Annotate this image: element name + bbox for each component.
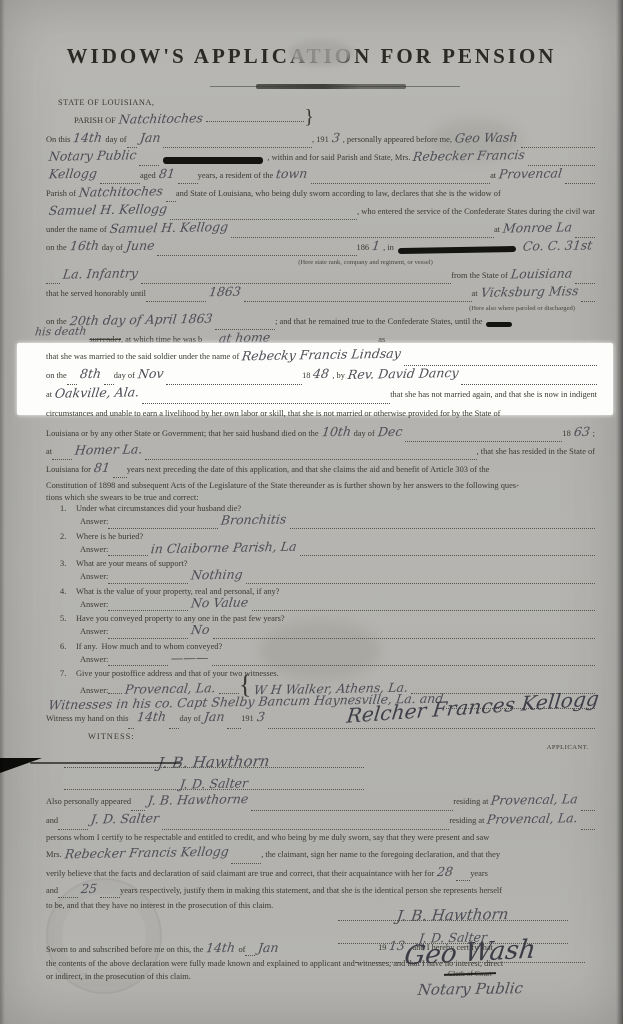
- answer-line: Answer: in Claiborne Parish, La: [46, 543, 595, 560]
- dotted-leader: [227, 726, 241, 729]
- witness-signature: J. B. Hawthorn: [394, 909, 513, 921]
- handwritten-entry: 1863: [205, 287, 244, 298]
- witness-signature-line: J. B. Hawthorn: [338, 898, 568, 921]
- dotted-leader: [244, 299, 472, 302]
- handwritten-entry: his death: [31, 327, 90, 338]
- dotted-leader: [142, 401, 390, 404]
- document-page: WIDOW'S APPLICATION FOR PENSION STATE OF…: [0, 0, 623, 1024]
- handwritten-entry: Dec: [374, 427, 406, 438]
- paper-blotch: [260, 620, 380, 680]
- printed-text: , the claimant, sign her name to the for…: [261, 850, 500, 859]
- printed-text: on the: [46, 243, 67, 252]
- handwritten-entry: Provencal, La.: [484, 813, 582, 825]
- handwritten-entry: 10th: [318, 427, 354, 438]
- printed-text: and: [46, 816, 58, 825]
- dotted-leader: [157, 253, 356, 256]
- handwritten-entry: Samuel H. Kellogg: [45, 204, 171, 216]
- body-section: circumstances and unable to earn a livel…: [46, 409, 595, 505]
- dotted-leader: [290, 526, 595, 529]
- witness-signature: J. D. Salter: [176, 778, 251, 789]
- notary-signature: Geo Wash: [401, 944, 539, 961]
- dotted-leader: [456, 878, 470, 881]
- witness-signature-line: J. D. Salter: [64, 768, 364, 790]
- witness-label: WITNESS:: [46, 732, 595, 746]
- printed-text: and State of Louisiana, who being duly s…: [176, 189, 501, 198]
- printed-text: and: [46, 886, 58, 895]
- handwritten-entry: 14th: [134, 712, 170, 723]
- dotted-leader: [108, 581, 188, 584]
- answer-label: Answer:: [80, 686, 108, 695]
- printed-text: day of: [114, 371, 135, 380]
- ink-smudge: [288, 40, 354, 66]
- dotted-leader: [113, 475, 127, 478]
- dotted-leader: [219, 691, 239, 694]
- brace-glyph: {: [239, 680, 251, 690]
- handwritten-entry: J. B. Hawthorne: [144, 794, 252, 806]
- printed-text: Louisiana for: [46, 465, 91, 474]
- attestation-section: Witness my hand on this 14th day of Jan …: [46, 712, 595, 790]
- printed-text: , who entered the service of the Confede…: [357, 207, 595, 216]
- answer-label: Answer:: [80, 600, 108, 609]
- answer-label: Answer:: [80, 545, 108, 554]
- handwritten-entry: Vicksburg Miss: [477, 286, 582, 298]
- handwritten-entry: Provencal, La: [488, 794, 582, 806]
- printed-text: years next preceding the date of this ap…: [127, 465, 490, 474]
- brace-glyph: }: [304, 112, 314, 122]
- dotted-leader: [108, 608, 188, 611]
- printed-text: Witness my hand on this: [46, 714, 128, 723]
- question-text: Under what circumstances did your husban…: [76, 504, 241, 513]
- handwritten-entry: Jan: [136, 133, 164, 143]
- answer-label: Answer:: [80, 572, 108, 581]
- dotted-leader: [178, 181, 198, 184]
- dotted-leader: [206, 119, 305, 122]
- printed-text: Mrs.: [46, 850, 62, 859]
- printed-text: verily believe that the facts and declar…: [46, 869, 434, 878]
- question-text: What are your means of support?: [76, 559, 187, 568]
- form-caption: (Here also where paroled or discharged): [469, 305, 575, 312]
- dotted-leader: [252, 608, 595, 611]
- handwritten-answer: Bronchitis: [218, 514, 291, 525]
- form-line: verily believe that the facts and declar…: [46, 867, 595, 884]
- printed-text: Louisiana or by any other State or Gover…: [46, 429, 319, 438]
- handwritten-entry: 16th: [66, 241, 102, 252]
- question-line: 4. What is the value of your property, r…: [46, 587, 595, 598]
- printed-text: that she has not married again, and that…: [390, 390, 597, 399]
- tear-mark: [0, 758, 42, 773]
- printed-text: , within and for said Parish and State, …: [267, 153, 410, 162]
- notary-title: Notary Public: [414, 983, 526, 995]
- handwritten-answer: in Claiborne Parish, La: [148, 541, 301, 554]
- handwritten-entry: 63: [570, 427, 593, 437]
- printed-text: residing at: [453, 797, 488, 806]
- form-line: Louisiana for 81 years next preceding th…: [46, 463, 595, 481]
- dotted-leader: [139, 163, 159, 166]
- printed-text: on the: [46, 371, 67, 380]
- printed-text: Parish of: [46, 189, 76, 198]
- handwritten-entry: Kellogg: [45, 169, 100, 180]
- form-line: on the 20th day of April 1863 ; and that…: [46, 315, 595, 333]
- printed-text: aged: [140, 171, 156, 180]
- dotted-leader: [231, 861, 261, 864]
- printed-text: years, a resident of the: [198, 171, 274, 180]
- printed-text: tions which she swears to be true and co…: [46, 493, 199, 502]
- question-number: 3.: [60, 559, 76, 568]
- printed-text: from the State of: [451, 271, 508, 280]
- handwritten-entry: 48: [310, 369, 333, 379]
- form-caption: (Here state rank, company and regiment, …: [298, 259, 433, 266]
- question-line: 3. What are your means of support?: [46, 559, 595, 570]
- printed-text: 191: [241, 714, 254, 723]
- printed-text: day of: [179, 714, 200, 723]
- handwritten-answer: Provencal, La.: [122, 683, 220, 695]
- printed-text: Also personally appeared: [46, 797, 131, 806]
- paper-blotch: [430, 120, 520, 160]
- printed-text: , in: [383, 243, 394, 252]
- answer-line: Answer: Bronchitis: [46, 515, 595, 532]
- dotted-leader: [162, 827, 449, 830]
- form-line: circumstances and unable to earn a livel…: [46, 409, 595, 427]
- printed-text: ; and that he remained true to the Confe…: [275, 317, 482, 326]
- ink-flourish: [256, 84, 406, 89]
- handwritten-entry: Jan: [255, 943, 283, 953]
- question-number: 7.: [60, 669, 76, 678]
- printed-text: of: [238, 945, 245, 954]
- dotted-leader: [231, 235, 494, 238]
- dotted-leader: [108, 636, 188, 639]
- dotted-leader: [521, 145, 595, 148]
- handwritten-entry: Co. C. 31st: [519, 240, 596, 251]
- embossed-seal: [46, 878, 162, 994]
- handwritten-answer: No: [188, 625, 214, 635]
- dotted-leader: [581, 808, 595, 811]
- printed-text: that she was married to the said soldier…: [46, 352, 239, 361]
- handwritten-entry: 1: [368, 241, 383, 251]
- dotted-leader: [146, 299, 206, 302]
- printed-text: years: [470, 869, 488, 878]
- handwritten-entry: Natchitoches: [75, 186, 166, 198]
- printed-text: On this: [46, 135, 70, 144]
- dotted-leader: [581, 827, 595, 830]
- form-line: on the 16th day of June 186 1 , in Co. C…: [46, 241, 595, 259]
- dotted-leader: [245, 953, 255, 956]
- dotted-leader: [46, 281, 60, 284]
- printed-text: day of: [102, 243, 123, 252]
- form-line: Witness my hand on this 14th day of Jan …: [46, 712, 595, 732]
- handwritten-answer: Nothing: [188, 569, 247, 580]
- state-heading: STATE OF LOUISIANA,: [58, 98, 155, 107]
- dotted-leader: [169, 726, 179, 729]
- dotted-leader: [246, 581, 595, 584]
- blackout-mark: [398, 246, 516, 254]
- dotted-leader: [461, 382, 597, 385]
- dotted-leader: [581, 299, 595, 302]
- handwritten-entry: 3: [253, 712, 268, 722]
- parish-entry: Natchitoches: [115, 113, 206, 125]
- handwritten-entry: Homer La.: [71, 444, 146, 455]
- questions-section: 1. Under what circumstances did your hus…: [46, 504, 595, 712]
- answer-label: Answer:: [80, 627, 108, 636]
- handwritten-entry: town: [273, 169, 312, 180]
- printed-text: , 191: [312, 135, 329, 144]
- intro-section: On this 14th day of Jan , 191 3 , person…: [46, 133, 595, 351]
- dotted-leader: [166, 382, 302, 385]
- question-number: 1.: [60, 504, 76, 513]
- printed-text: under the name of: [46, 225, 107, 234]
- handwritten-entry: 3: [328, 133, 343, 143]
- handwritten-entry: 14th: [203, 943, 239, 954]
- printed-text: persons whom I certify to be respectable…: [46, 833, 489, 842]
- tear-mark: [30, 762, 180, 764]
- handwritten-entry: Oakville, Ala.: [51, 387, 143, 399]
- dotted-leader: [405, 439, 562, 442]
- handwritten-entry: Rebecky Francis Lindsay: [238, 349, 404, 362]
- question-text: Where is he buried?: [76, 532, 143, 541]
- printed-text: at: [46, 447, 52, 456]
- question-text: Have you conveyed property to any one in…: [76, 614, 285, 623]
- dotted-leader: [268, 726, 595, 729]
- form-line: and J. D. Salter residing at Provencal, …: [46, 814, 595, 833]
- handwritten-entry: Monroe La: [499, 222, 575, 233]
- dotted-leader: [128, 726, 134, 729]
- question-number: 5.: [60, 614, 76, 623]
- handwritten-entry: La. Infantry: [59, 268, 141, 279]
- handwritten-entry: Samuel H. Kellogg: [106, 222, 232, 234]
- printed-text: day of: [105, 135, 126, 144]
- handwritten-entry: 81: [155, 169, 178, 179]
- printed-text: Constitution of 1898 and subsequent Acts…: [46, 481, 519, 490]
- parish-line: PARISH OF Natchitoches }: [74, 112, 314, 125]
- printed-text: that he served honorably until: [46, 289, 146, 298]
- printed-text: residing at: [449, 816, 484, 825]
- notary-signature-block: Geo Wash Clerk of Court Notary Public: [355, 948, 585, 999]
- form-line: at Oakville, Ala. that she has not marri…: [46, 388, 597, 407]
- dotted-leader: [163, 145, 312, 148]
- handwritten-entry: 81: [90, 463, 113, 473]
- witness-signature-line: J. B. Hawthorn: [64, 746, 364, 768]
- parish-label: PARISH OF: [74, 116, 116, 125]
- dotted-leader: [108, 663, 168, 666]
- printed-text: WITNESS:: [88, 732, 135, 741]
- answer-line: Answer: No Value: [46, 598, 595, 615]
- question-line: 1. Under what circumstances did your hus…: [46, 504, 595, 515]
- handwritten-entry: Provencal: [495, 168, 565, 179]
- dotted-leader: [565, 181, 595, 184]
- dotted-leader: [300, 553, 595, 556]
- handwritten-entry: Rev. David Dancy: [344, 368, 462, 380]
- dotted-leader: [141, 281, 451, 284]
- dotted-leader: [108, 553, 148, 556]
- handwritten-entry: Notary Public: [45, 150, 140, 162]
- answer-label: Answer:: [80, 655, 108, 664]
- printed-text: years respectively, justify them in maki…: [120, 886, 502, 895]
- question-number: 6.: [60, 642, 76, 651]
- dotted-leader: [311, 181, 491, 184]
- handwritten-entry: Louisiana: [507, 268, 576, 279]
- handwritten-entry: Rebecker Francis Kellogg: [61, 847, 232, 860]
- dotted-leader: [52, 457, 72, 460]
- handwritten-entry: 14th: [70, 133, 106, 144]
- dotted-leader: [108, 691, 122, 694]
- answer-line: Answer: Nothing: [46, 570, 595, 587]
- dotted-leader: [145, 457, 476, 460]
- answer-label: Answer:: [80, 517, 108, 526]
- dotted-leader: [251, 808, 453, 811]
- form-line: that he served honorably until 1863 at V…: [46, 287, 595, 305]
- printed-text: day of: [354, 429, 375, 438]
- handwritten-entry: 8th: [76, 369, 104, 379]
- question-number: 4.: [60, 587, 76, 596]
- dotted-leader: [108, 526, 218, 529]
- handwritten-entry: Nov: [134, 369, 167, 380]
- printed-text: , that she has resided in the State of: [477, 447, 595, 456]
- handwritten-entry: 20th day of April 1863: [66, 314, 216, 327]
- handwritten-entry: Jan: [200, 712, 228, 722]
- form-line: Mrs. Rebecker Francis Kellogg , the clai…: [46, 848, 595, 867]
- printed-text: 186: [357, 243, 370, 252]
- handwritten-entry: 28: [434, 867, 457, 877]
- form-line: Constitution of 1898 and subsequent Acts…: [46, 481, 595, 493]
- handwritten-answer: ———: [168, 652, 213, 663]
- question-line: 2. Where is he buried?: [46, 532, 595, 543]
- printed-text: , by: [332, 371, 345, 380]
- blackout-mark: [486, 322, 512, 327]
- handwritten-answer: No Value: [188, 597, 253, 608]
- handwritten-entry: June: [122, 241, 158, 252]
- question-number: 2.: [60, 532, 76, 541]
- printed-text: circumstances and unable to earn a livel…: [46, 409, 500, 418]
- handwritten-entry: J. D. Salter: [87, 813, 162, 824]
- struck-printed-text: Clerk of Court: [448, 969, 492, 978]
- form-line: at Homer La. , that she has resided in t…: [46, 445, 595, 463]
- dotted-leader: [58, 827, 88, 830]
- blackout-mark: [163, 157, 263, 164]
- handwritten-entry: at home: [215, 333, 274, 344]
- highlighted-marriage-section: that she was married to the said soldier…: [17, 343, 613, 415]
